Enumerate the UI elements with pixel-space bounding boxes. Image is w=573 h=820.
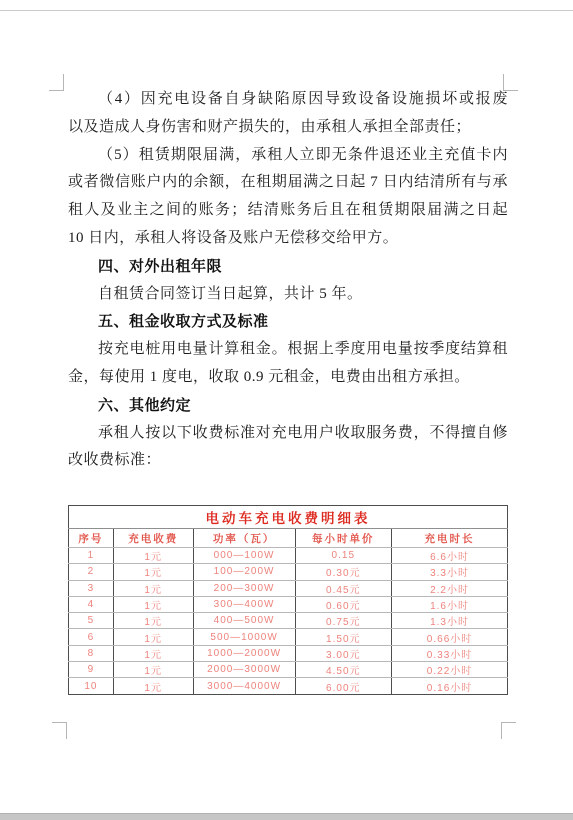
table-cell: 0.60元 [295, 596, 392, 612]
column-header: 充电时长 [392, 529, 508, 548]
table-cell: 0.16小时 [392, 678, 508, 694]
table-cell: 200—300W [193, 580, 295, 596]
table-cell: 3.3小时 [392, 564, 508, 580]
table-row: 51元400—500W0.75元1.3小时 [69, 613, 508, 629]
paragraph-line: 按充电桩用电量计算租金。根据上季度用电量按季度结算租 [68, 336, 508, 364]
table-row: 21元100—200W0.30元3.3小时 [69, 564, 508, 580]
table-cell: 1元 [113, 678, 193, 694]
column-header: 每小时单价 [295, 529, 392, 548]
table-cell: 0.75元 [295, 613, 392, 629]
table-cell: 1000—2000W [193, 645, 295, 661]
paragraph-line: （5）租赁期限届满，承租人立即无条件退还业主充值卡内 [68, 142, 508, 170]
margin-crop-mark-top-left [49, 74, 64, 91]
table-cell: 1.3小时 [392, 613, 508, 629]
paragraph-line: 自租赁合同签订当日起算，共计 5 年。 [68, 281, 508, 309]
table-cell: 6.6小时 [392, 548, 508, 564]
table-cell: 1.50元 [295, 629, 392, 645]
table-cell: 6 [69, 629, 114, 645]
table-cell: 4.50元 [295, 662, 392, 678]
paragraph-line: 以及造成人身伤害和财产损失的，由承租人承担全部责任； [68, 114, 508, 142]
table-cell: 400—500W [193, 613, 295, 629]
table-cell: 500—1000W [193, 629, 295, 645]
table-row: 61元500—1000W1.50元0.66小时 [69, 629, 508, 645]
table-cell: 4 [69, 596, 114, 612]
table-header-row: 序号充电收费功率（瓦）每小时单价充电时长 [69, 529, 508, 548]
table-cell: 0.45元 [295, 580, 392, 596]
table-cell: 8 [69, 645, 114, 661]
table-cell: 0.30元 [295, 564, 392, 580]
table-row: 91元2000—3000W4.50元0.22小时 [69, 662, 508, 678]
table-cell: 000—100W [193, 548, 295, 564]
margin-crop-mark-bottom-right [501, 722, 516, 739]
table-cell: 0.15 [295, 548, 392, 564]
column-header: 序号 [69, 529, 114, 548]
contract-text-block: （4）因充电设备自身缺陷原因导致设备设施损坏或报废的， 以及造成人身伤害和财产损… [68, 86, 508, 475]
table-cell: 2 [69, 564, 114, 580]
table-title-row: 电动车充电收费明细表 [69, 506, 508, 529]
table-cell: 9 [69, 662, 114, 678]
table-cell: 1元 [113, 662, 193, 678]
page-top-edge [0, 10, 573, 11]
table-row: 11元000—100W0.156.6小时 [69, 548, 508, 564]
table-cell: 300—400W [193, 596, 295, 612]
table-cell: 1元 [113, 613, 193, 629]
paragraph-line: 金，每使用 1 度电，收取 0.9 元租金，电费由出租方承担。 [68, 364, 508, 392]
table-cell: 6.00元 [295, 678, 392, 694]
table-cell: 0.33小时 [392, 645, 508, 661]
table-cell: 2000—3000W [193, 662, 295, 678]
column-header: 功率（瓦） [193, 529, 295, 548]
section-heading-6: 六、其他约定 [68, 392, 508, 420]
table-cell: 1 [69, 548, 114, 564]
table-row: 31元200—300W0.45元2.2小时 [69, 580, 508, 596]
table-row: 101元3000—4000W6.00元0.16小时 [69, 678, 508, 694]
table-cell: 5 [69, 613, 114, 629]
table-title: 电动车充电收费明细表 [69, 506, 508, 529]
table-cell: 10 [69, 678, 114, 694]
charging-fee-table: 电动车充电收费明细表 序号充电收费功率（瓦）每小时单价充电时长 11元000—1… [68, 505, 508, 695]
margin-crop-mark-bottom-left [52, 722, 67, 739]
table-cell: 1元 [113, 548, 193, 564]
table-cell: 1元 [113, 629, 193, 645]
table-cell: 1.6小时 [392, 596, 508, 612]
paragraph-line: 10 日内，承租人将设备及账户无偿移交给甲方。 [68, 225, 508, 253]
paragraph-line: （4）因充电设备自身缺陷原因导致设备设施损坏或报废的， [68, 86, 508, 114]
column-header: 充电收费 [113, 529, 193, 548]
section-heading-5: 五、租金收取方式及标准 [68, 308, 508, 336]
table-cell: 100—200W [193, 564, 295, 580]
paragraph-line: 承租人按以下收费标准对充电用户收取服务费，不得擅自修 [68, 420, 508, 448]
table-row: 81元1000—2000W3.00元0.33小时 [69, 645, 508, 661]
table-cell: 1元 [113, 564, 193, 580]
table-cell: 0.22小时 [392, 662, 508, 678]
paragraph-line: 或者微信账户内的余额，在租期届满之日起 7 日内结清所有与承 [68, 169, 508, 197]
section-heading-4: 四、对外出租年限 [68, 253, 508, 281]
table-cell: 2.2小时 [392, 580, 508, 596]
table-cell: 1元 [113, 645, 193, 661]
table-cell: 1元 [113, 580, 193, 596]
table-cell: 3000—4000W [193, 678, 295, 694]
document-page: （4）因充电设备自身缺陷原因导致设备设施损坏或报废的， 以及造成人身伤害和财产损… [0, 0, 573, 820]
table-row: 41元300—400W0.60元1.6小时 [69, 596, 508, 612]
table-cell: 1元 [113, 596, 193, 612]
paragraph-line: 租人及业主之间的账务；结清账务后且在租赁期限届满之日起 [68, 197, 508, 225]
table-cell: 3 [69, 580, 114, 596]
paragraph-line: 改收费标准： [68, 447, 508, 475]
page-bottom-edge [0, 813, 573, 820]
table-cell: 0.66小时 [392, 629, 508, 645]
table-cell: 3.00元 [295, 645, 392, 661]
